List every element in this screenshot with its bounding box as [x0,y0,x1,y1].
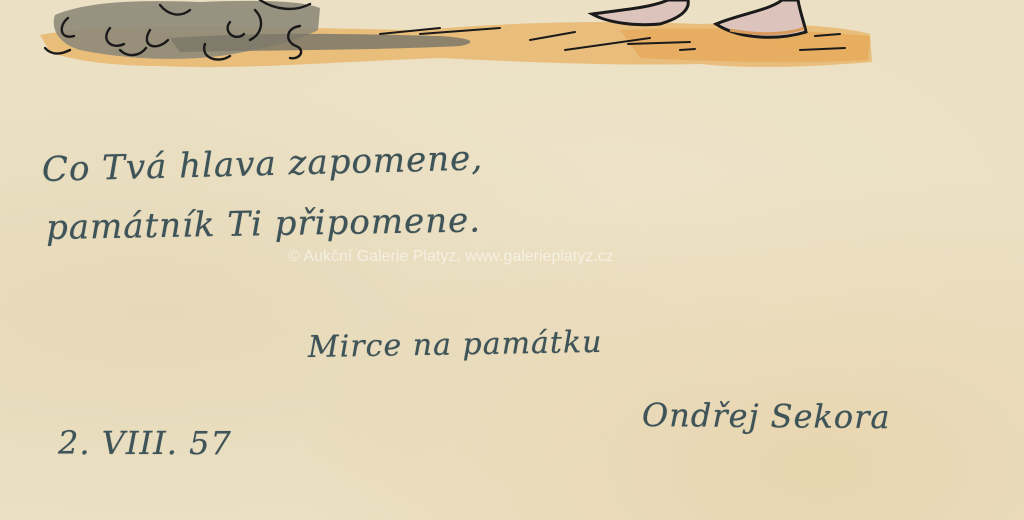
verse-line-1: Co Tvá hlava zapomene, [41,138,483,190]
dedication: Mirce na památku [308,325,603,365]
signature: Ondřej Sekora [642,396,891,436]
watercolor-illustration [0,0,1024,90]
watermark: © Aukční Galerie Platyz, www.galerieplat… [288,248,614,266]
verse-line-2: památník Ti připomene. [46,200,482,248]
artwork-page: Co Tvá hlava zapomene, památník Ti připo… [0,0,1024,520]
date: 2. VIII. 57 [58,424,232,462]
left-shoe [592,0,688,25]
